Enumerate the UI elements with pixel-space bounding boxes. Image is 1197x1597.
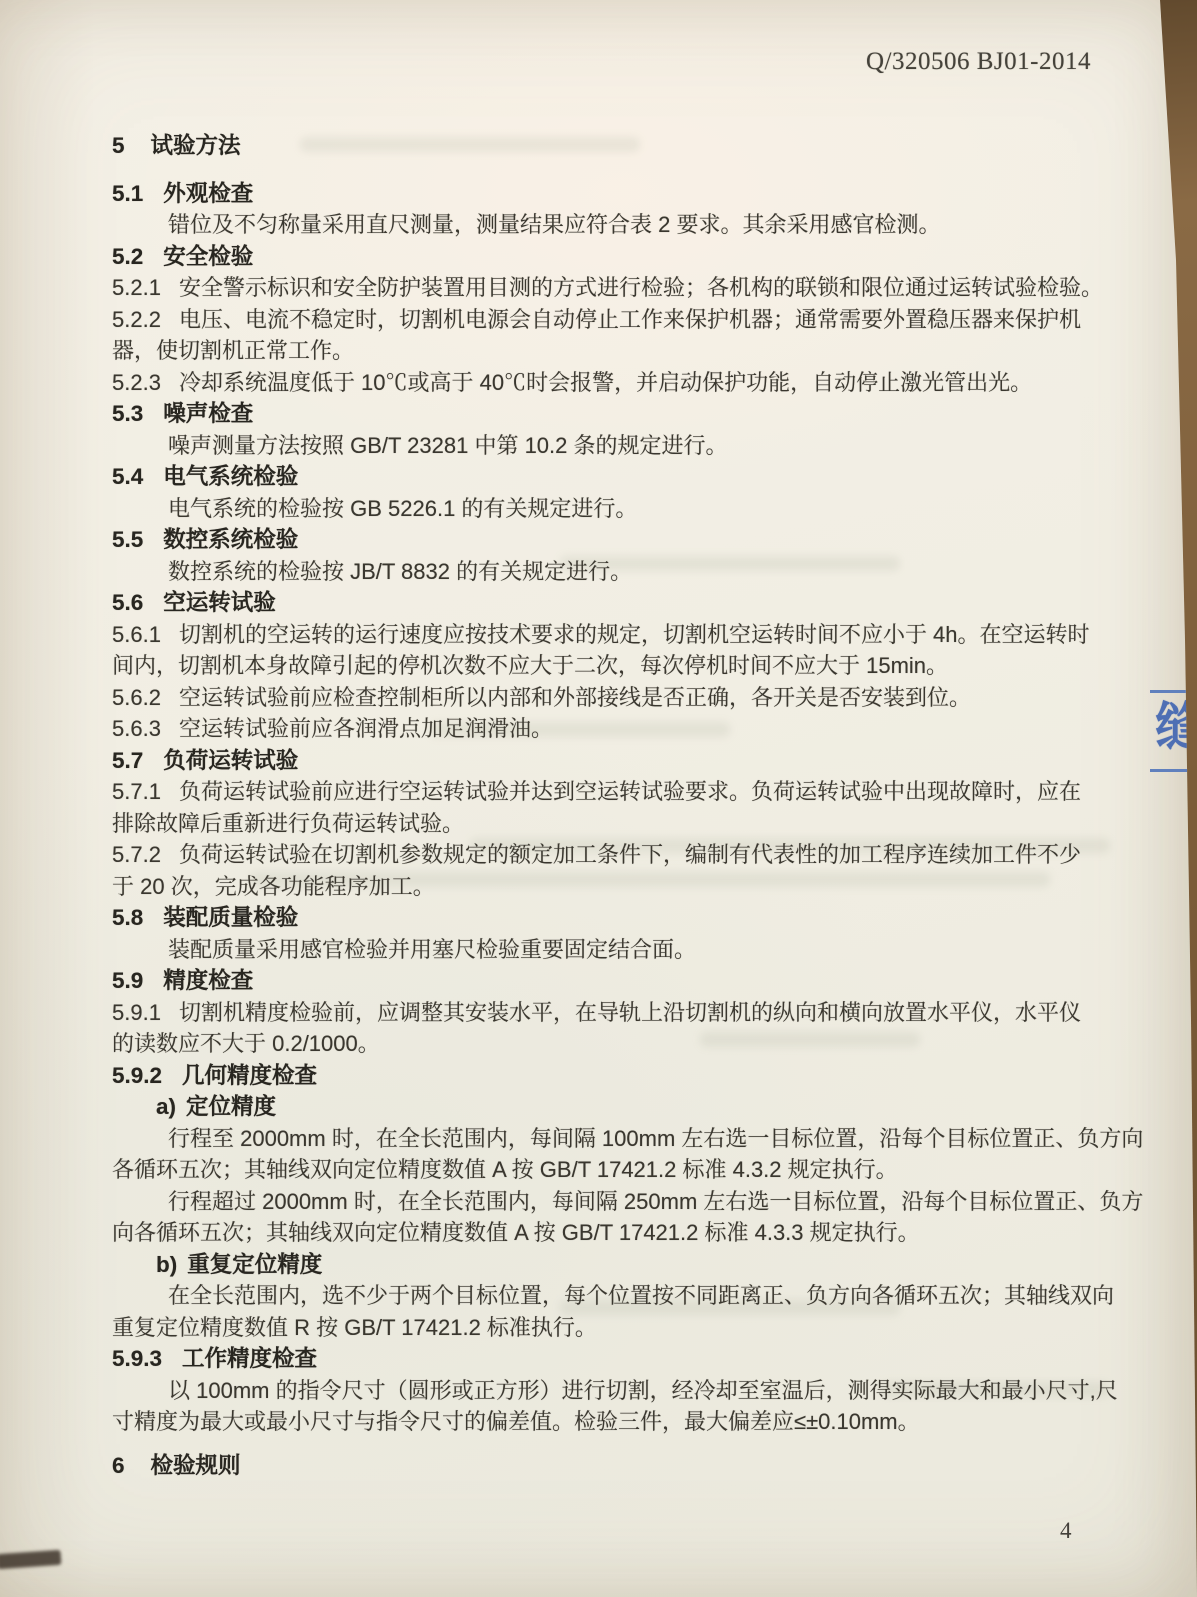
clause-title: 空运转试验: [163, 590, 276, 615]
document-line: 5.2.2电压、电流不稳定时，切割机电源会自动停止工作来保护机器；通常需要外置稳…: [112, 304, 1162, 336]
clause-text: 切割机精度检验前，应调整其安装水平，在导轨上沿切割机的纵向和横向放置水平仪，水平…: [179, 1000, 1081, 1025]
clause-text: 空运转试验前应检查控制柜所以内部和外部接线是否正确，各开关是否安装到位。: [179, 685, 971, 710]
document-line: 于 20 次，完成各功能程序加工。: [112, 871, 1162, 903]
clause-text: 在全长范围内，选不少于两个目标位置，每个位置按不同距离正、负方向各循环五次；其轴…: [168, 1283, 1114, 1308]
clause-number: a): [156, 1091, 176, 1123]
clause-title: 工作精度检查: [182, 1346, 317, 1371]
subsection-heading: 5.4电气系统检验: [112, 461, 1162, 493]
document-line: 器，使切割机正常工作。: [112, 335, 1162, 367]
clause-text: 重复定位精度数值 R 按 GB/T 17421.2 标准执行。: [112, 1315, 597, 1340]
clause-text: 器，使切割机正常工作。: [112, 338, 354, 363]
subsection-heading: 5.5数控系统检验: [112, 524, 1162, 556]
clause-text: 的读数应不大于 0.2/1000。: [112, 1031, 380, 1056]
edge-tab-character: 缝: [1155, 693, 1197, 763]
document-line: 各循环五次；其轴线双向定位精度数值 A 按 GB/T 17421.2 标准 4.…: [112, 1154, 1162, 1186]
clause-title: 检验规则: [151, 1453, 241, 1478]
clause-text: 电压、电流不稳定时，切割机电源会自动停止工作来保护机器；通常需要外置稳压器来保护…: [179, 307, 1081, 332]
clause-text: 噪声测量方法按照 GB/T 23281 中第 10.2 条的规定进行。: [168, 433, 728, 458]
document-line: 装配质量采用感官检验并用塞尺检验重要固定结合面。: [112, 934, 1162, 966]
clause-number: 5.4: [112, 461, 143, 493]
section-heading: 5试验方法: [112, 130, 1162, 162]
clause-title: 电气系统检验: [163, 464, 298, 489]
clause-number: 5.6: [112, 587, 143, 619]
subsection-heading: 5.3噪声检查: [112, 398, 1162, 430]
clause-number: b): [156, 1249, 177, 1281]
clause-number: 5.2: [112, 241, 143, 273]
clause-number: 5.6.2: [112, 682, 161, 714]
document-body: 5试验方法5.1外观检查错位及不匀称量采用直尺测量，测量结果应符合表 2 要求。…: [112, 130, 1162, 1481]
standard-number-header: Q/320506 BJ01-2014: [866, 48, 1091, 76]
clause-number: 5.2.1: [112, 272, 161, 304]
document-line: 寸精度为最大或最小尺寸与指令尺寸的偏差值。检验三件，最大偏差应≤±0.10mm。: [112, 1406, 1162, 1438]
document-line: 电气系统的检验按 GB 5226.1 的有关规定进行。: [112, 493, 1162, 525]
document-line: 5.2.1安全警示标识和安全防护装置用目测的方式进行检验；各机构的联锁和限位通过…: [112, 272, 1162, 304]
clause-number: 5: [112, 130, 125, 162]
clause-text: 装配质量采用感官检验并用塞尺检验重要固定结合面。: [168, 937, 696, 962]
clause-title: 几何精度检查: [182, 1063, 317, 1088]
clause-number: 5.9: [112, 965, 143, 997]
document-line: 错位及不匀称量采用直尺测量，测量结果应符合表 2 要求。其余采用感官检测。: [112, 209, 1162, 241]
document-line: 排除故障后重新进行负荷运转试验。: [112, 808, 1162, 840]
clause-text: 向各循环五次；其轴线双向定位精度数值 A 按 GB/T 17421.2 标准 4…: [112, 1220, 920, 1245]
subsection-heading: 5.7负荷运转试验: [112, 745, 1162, 777]
clause-text: 错位及不匀称量采用直尺测量，测量结果应符合表 2 要求。其余采用感官检测。: [168, 212, 940, 237]
clause-text: 切割机的空运转的运行速度应按技术要求的规定，切割机空运转时间不应小于 4h。在空…: [179, 622, 1090, 647]
blue-edge-tab: 缝: [1150, 690, 1197, 772]
clause-text: 各循环五次；其轴线双向定位精度数值 A 按 GB/T 17421.2 标准 4.…: [112, 1157, 898, 1182]
subsection-heading: 5.9.3工作精度检查: [112, 1343, 1162, 1375]
clause-number: 5.6.3: [112, 713, 161, 745]
clause-title: 噪声检查: [163, 401, 253, 426]
clause-number: 5.9.1: [112, 997, 161, 1029]
document-line: 5.2.3冷却系统温度低于 10℃或高于 40℃时会报警，并启动保护功能，自动停…: [112, 367, 1162, 399]
document-line: 重复定位精度数值 R 按 GB/T 17421.2 标准执行。: [112, 1312, 1162, 1344]
clause-text: 数控系统的检验按 JB/T 8832 的有关规定进行。: [168, 559, 632, 584]
document-line: 5.9.1切割机精度检验前，应调整其安装水平，在导轨上沿切割机的纵向和横向放置水…: [112, 997, 1162, 1029]
list-item-heading: a)定位精度: [112, 1091, 1162, 1123]
clause-title: 重复定位精度: [187, 1252, 322, 1277]
clause-text: 间内，切割机本身故障引起的停机次数不应大于二次，每次停机时间不应大于 15min…: [112, 653, 948, 678]
clause-number: 6: [112, 1450, 125, 1482]
photographed-standard-document: { "page": { "header_code": "Q/320506 BJ0…: [0, 0, 1197, 1597]
clause-text: 排除故障后重新进行负荷运转试验。: [112, 811, 464, 836]
clause-text: 冷却系统温度低于 10℃或高于 40℃时会报警，并启动保护功能，自动停止激光管出…: [179, 370, 1032, 395]
clause-number: 5.3: [112, 398, 143, 430]
clause-number: 5.7: [112, 745, 143, 777]
clause-title: 定位精度: [186, 1094, 276, 1119]
clause-text: 以 100mm 的指令尺寸（圆形或正方形）进行切割，经冷却至室温后，测得实际最大…: [168, 1378, 1118, 1403]
subsection-heading: 5.2安全检验: [112, 241, 1162, 273]
clause-number: 5.9.2: [112, 1060, 162, 1092]
clause-text: 行程至 2000mm 时，在全长范围内，每间隔 100mm 左右选一目标位置，沿…: [168, 1126, 1143, 1151]
clause-text: 行程超过 2000mm 时，在全长范围内，每间隔 250mm 左右选一目标位置，…: [168, 1189, 1143, 1214]
clause-text: 电气系统的检验按 GB 5226.1 的有关规定进行。: [168, 496, 637, 521]
subsection-heading: 5.1外观检查: [112, 178, 1162, 210]
clause-title: 试验方法: [151, 133, 241, 158]
document-line: 5.7.1负荷运转试验前应进行空运转试验并达到空运转试验要求。负荷运转试验中出现…: [112, 776, 1162, 808]
document-line: 5.6.3空运转试验前应各润滑点加足润滑油。: [112, 713, 1162, 745]
document-line: 的读数应不大于 0.2/1000。: [112, 1028, 1162, 1060]
list-item-heading: b)重复定位精度: [112, 1249, 1162, 1281]
section-heading: 6检验规则: [112, 1450, 1162, 1482]
subsection-heading: 5.9.2几何精度检查: [112, 1060, 1162, 1092]
clause-number: 5.9.3: [112, 1343, 162, 1375]
document-line: 向各循环五次；其轴线双向定位精度数值 A 按 GB/T 17421.2 标准 4…: [112, 1217, 1162, 1249]
document-line: 5.6.1切割机的空运转的运行速度应按技术要求的规定，切割机空运转时间不应小于 …: [112, 619, 1162, 651]
clause-number: 5.7.2: [112, 839, 161, 871]
page-number: 4: [1060, 1518, 1072, 1544]
clause-title: 装配质量检验: [163, 905, 298, 930]
clause-text: 负荷运转试验在切割机参数规定的额定加工条件下，编制有代表性的加工程序连续加工件不…: [179, 842, 1081, 867]
document-line: 行程至 2000mm 时，在全长范围内，每间隔 100mm 左右选一目标位置，沿…: [112, 1123, 1162, 1155]
clause-title: 安全检验: [163, 244, 253, 269]
clause-number: 5.7.1: [112, 776, 161, 808]
document-line: 5.7.2负荷运转试验在切割机参数规定的额定加工条件下，编制有代表性的加工程序连…: [112, 839, 1162, 871]
photo-corner-shadow: [0, 1550, 61, 1569]
clause-text: 于 20 次，完成各功能程序加工。: [112, 874, 435, 899]
clause-number: 5.2.3: [112, 367, 161, 399]
clause-text: 安全警示标识和安全防护装置用目测的方式进行检验；各机构的联锁和限位通过运转试验检…: [179, 275, 1103, 300]
document-line: 5.6.2空运转试验前应检查控制柜所以内部和外部接线是否正确，各开关是否安装到位…: [112, 682, 1162, 714]
document-line: 噪声测量方法按照 GB/T 23281 中第 10.2 条的规定进行。: [112, 430, 1162, 462]
document-page: Q/320506 BJ01-2014 5试验方法5.1外观检查错位及不匀称量采用…: [0, 0, 1197, 1597]
document-line: 行程超过 2000mm 时，在全长范围内，每间隔 250mm 左右选一目标位置，…: [112, 1186, 1162, 1218]
document-line: 以 100mm 的指令尺寸（圆形或正方形）进行切割，经冷却至室温后，测得实际最大…: [112, 1375, 1162, 1407]
clause-title: 负荷运转试验: [163, 748, 298, 773]
subsection-heading: 5.6空运转试验: [112, 587, 1162, 619]
clause-text: 寸精度为最大或最小尺寸与指令尺寸的偏差值。检验三件，最大偏差应≤±0.10mm。: [112, 1409, 920, 1434]
clause-number: 5.2.2: [112, 304, 161, 336]
subsection-heading: 5.8装配质量检验: [112, 902, 1162, 934]
clause-title: 精度检查: [163, 968, 253, 993]
clause-number: 5.8: [112, 902, 143, 934]
clause-number: 5.1: [112, 178, 143, 210]
clause-title: 外观检查: [163, 181, 253, 206]
subsection-heading: 5.9精度检查: [112, 965, 1162, 997]
clause-number: 5.5: [112, 524, 143, 556]
clause-text: 空运转试验前应各润滑点加足润滑油。: [179, 716, 553, 741]
document-line: 数控系统的检验按 JB/T 8832 的有关规定进行。: [112, 556, 1162, 588]
document-line: 间内，切割机本身故障引起的停机次数不应大于二次，每次停机时间不应大于 15min…: [112, 650, 1162, 682]
clause-title: 数控系统检验: [163, 527, 298, 552]
document-line: 在全长范围内，选不少于两个目标位置，每个位置按不同距离正、负方向各循环五次；其轴…: [112, 1280, 1162, 1312]
clause-text: 负荷运转试验前应进行空运转试验并达到空运转试验要求。负荷运转试验中出现故障时，应…: [179, 779, 1081, 804]
clause-number: 5.6.1: [112, 619, 161, 651]
